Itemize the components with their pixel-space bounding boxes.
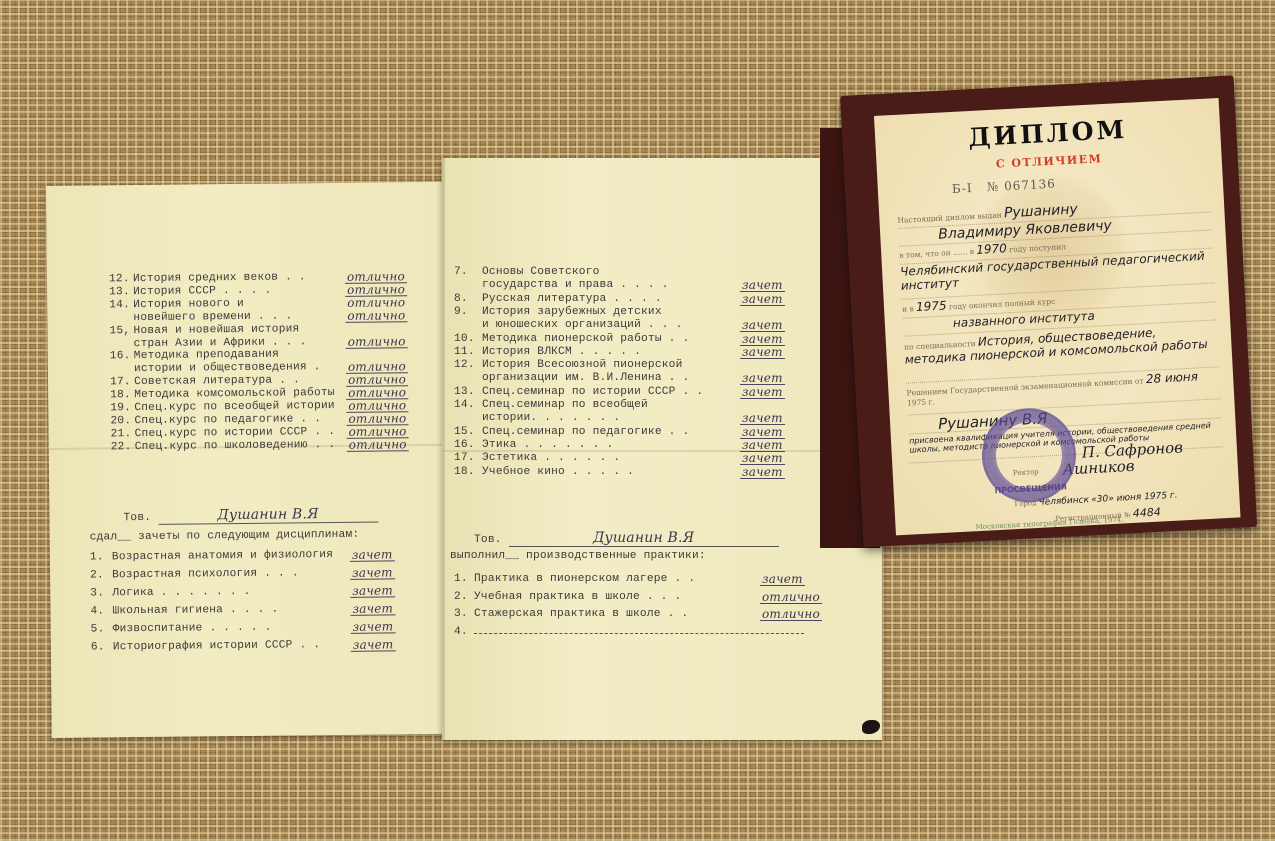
item-text: Методика преподавания [134,349,279,363]
list-item: 16.Этика . . . . . . .зачет [454,439,613,451]
item-text: организации им. В.И.Ленина . . [482,372,689,384]
grade: зачет [740,319,785,332]
item-text: Основы Советского [482,266,600,278]
list-item: 15.Спец.семинар по педагогике . .зачет [454,426,689,438]
list-item: 18.Учебное кино . . . . .зачет [454,466,634,478]
grade: зачет [740,293,785,306]
item-number: 4. [90,605,112,617]
item-number: 2. [90,569,112,581]
list-item: истории. . . . . . .зачет [454,412,620,424]
list-item: 7.Основы Советского [454,266,600,278]
item-number: 15. [454,426,482,438]
entered-year: 1970 [976,241,1007,257]
item-text: истории. . . . . . . [482,412,620,424]
item-text: Новая и новейшая история [133,323,299,337]
list-item: 9.История зарубежных детских [454,306,662,318]
student-line: Тов. Душанин В.Я [474,530,779,547]
item-number: 19. [110,402,134,414]
item-number: 21. [111,428,135,440]
item-number: 20. [110,415,134,427]
right-page: 7.Основы Советскогогосударства и права .… [442,158,882,740]
item-text: Школьная гигиена . . . . [112,604,278,618]
grade: зачет [351,638,396,651]
list-item: стран Азии и Африки . . .отлично [110,336,307,350]
list-item: 15,Новая и новейшая история [109,323,299,337]
list-item: 10.Методика пионерской работы . .зачет [454,333,689,345]
list-item: 8.Русская литература . . . .зачет [454,293,662,305]
item-text: Спец.семинар по истории СССР . . [482,386,703,398]
item-text: Возрастная психология . . . [112,567,299,581]
grade: зачет [740,439,785,452]
grade: зачет [760,573,805,586]
grade: зачет [351,620,396,633]
list-item: 21.Спец.курс по истории СССР . .отлично [111,426,336,440]
list-item: 1.Практика в пионерском лагере . .зачет [454,573,695,585]
list-item: 1.Возрастная анатомия и физиологиязачет [90,549,333,564]
item-number: 7. [454,266,482,278]
item-text: Логика . . . . . . . [112,586,250,599]
registration-number: 4484 [1132,506,1161,520]
item-text: Учебное кино . . . . . [482,466,634,478]
grade: зачет [740,346,785,359]
list-item: 13.История СССР . . . .отлично [109,285,271,299]
item-text: Методика пионерской работы . . [482,333,689,345]
grade: зачет [350,602,395,615]
left-page: 12.История средних веков . .отлично13.Ис… [46,182,452,738]
list-item: истории и обществоведения .отлично [110,361,321,375]
grade: зачет [740,372,785,385]
list-item: 12.История средних веков . .отлично [109,271,306,285]
grade: отлично [760,591,822,604]
list-item: 12.История Всесоюзной пионерской [454,359,683,371]
grade: зачет [740,412,785,425]
item-text: Спец.курс по истории СССР . . [135,426,336,440]
item-number: 14. [109,299,133,311]
list-item: 17.Советская литература . .отлично [110,375,300,389]
item-text: и юношеских организаций . . . [482,319,683,331]
list-item: 17.Эстетика . . . . . .зачет [454,452,620,464]
list-item: 3.Стажерская практика в школе . .отлично [454,608,688,620]
item-number: 3. [90,587,112,599]
item-text: Советская литература . . [134,375,300,389]
grade: отлично [347,438,409,452]
item-number: 2. [454,591,474,603]
item-number: 22. [111,441,135,453]
item-number: 17. [110,376,134,388]
blank-line [474,633,804,634]
item-text: Возрастная анатомия и физиология [112,549,333,563]
item-number: 15, [109,325,133,337]
item-text: Эстетика . . . . . . [482,452,620,464]
surname: Рушанину [1004,201,1079,221]
item-number: 16. [110,350,134,362]
item-text: Спец.семинар по педагогике . . [482,426,689,438]
item-number: 13. [454,386,482,398]
grade: зачет [740,386,785,399]
grade: отлично [345,296,407,309]
exam-list: 12.История средних веков . .отлично13.Ис… [46,182,446,186]
grade: отлично [346,335,408,349]
item-text: Физвоспитание . . . . . [113,622,272,636]
grade: зачет [740,452,785,465]
student-name: Душанин В.Я [509,530,779,547]
item-number: 14. [454,399,482,411]
list-item: 4. [454,626,804,638]
item-text: История ВЛКСМ . . . . . [482,346,641,358]
item-text: Методика комсомольской работы [134,387,335,401]
list-item: 2.Возрастная психология . . .зачет [90,567,299,581]
list-item: 11.История ВЛКСМ . . . . .зачет [454,346,641,358]
item-text: истории и обществоведения . [134,361,321,375]
item-text: История зарубежных детских [482,306,662,318]
list-item: 4.Школьная гигиена . . . .зачет [90,604,278,618]
grade: зачет [350,584,395,597]
item-text: История Всесоюзной пионерской [482,359,683,371]
item-number: 18. [454,466,482,478]
list-item: 16.Методика преподавания [110,349,279,363]
item-number: 8. [454,293,482,305]
grade: зачет [740,426,785,439]
list-item: 13.Спец.семинар по истории СССР . .зачет [454,386,703,398]
grade: зачет [740,279,785,292]
list-item: 3.Логика . . . . . . .зачет [90,586,250,600]
student-name: Душанин В.Я [158,506,378,525]
item-number: 6. [91,641,113,653]
item-number: 5. [91,623,113,635]
grade: зачет [740,333,785,346]
item-number: 11. [454,346,482,358]
item-number: 1. [454,573,474,585]
fold-line [442,158,445,740]
commission-date: 28 июня [1146,369,1199,386]
item-number: 1. [90,551,112,563]
item-number: 3. [454,608,474,620]
item-number: 9. [454,306,482,318]
item-text: Практика в пионерском лагере . . [474,573,695,585]
item-number: 12. [109,273,133,285]
grade: отлично [345,309,407,323]
completed-year: 1975 [916,298,947,314]
item-text: Спец.курс по педагогике . . [134,413,321,427]
item-number: 18. [110,389,134,401]
list-item: 22.Спец.курс по школоведению . .отлично [111,439,336,453]
item-text: Спец.курс по всеобщей истории [134,400,335,414]
list-item: и юношеских организаций . . .зачет [454,319,683,331]
item-text: Русская литература . . . . [482,293,662,305]
issue-date: «30» июня 1975 г. [1091,491,1178,506]
list-item: 20.Спец.курс по педагогике . .отлично [110,413,321,427]
item-number: 17. [454,452,482,464]
item-text: новейшего времени . . . [133,310,292,324]
item-text: Этика . . . . . . . [482,439,613,451]
item-text: Учебная практика в школе . . . [474,591,681,603]
list-item: 19.Спец.курс по всеобщей историиотлично [110,400,335,414]
item-number: 10. [454,333,482,345]
item-number: 13. [109,286,133,298]
item-text: Спец.семинар по всеобщей [482,399,648,411]
item-number: 16. [454,439,482,451]
grade: зачет [740,466,785,479]
list-item: 18.Методика комсомольской работыотлично [110,387,335,401]
grade: отлично [760,608,822,621]
list-item: 2.Учебная практика в школе . . .отлично [454,591,681,603]
credit-list: 1.Возрастная анатомия и физиологиязачет2… [46,182,446,186]
list-item: 5.Физвоспитание . . . . .зачет [91,622,272,636]
list-item: новейшего времени . . .отлично [109,310,292,324]
item-text: Историография истории СССР . . [113,639,321,653]
item-text: Стажерская практика в школе . . [474,608,688,620]
item-number: 4. [454,626,474,638]
practice-heading: выполнил__ производственные практики: [450,550,706,562]
list-item: 14.Спец.семинар по всеобщей [454,399,648,411]
ink-spot [862,720,880,734]
list-item: организации им. В.И.Ленина . .зачет [454,372,689,384]
item-text: Спец.курс по школоведению . . [135,439,336,453]
item-text: История средних веков . . [133,271,306,285]
student-line: Тов. Душанин В.Я [123,506,378,526]
grade: зачет [350,548,395,561]
item-text: История СССР . . . . [133,285,271,298]
item-number: 12. [454,359,482,371]
grade: зачет [350,566,395,579]
list-item: государства и права . . . .зачет [454,279,669,291]
credits-heading: сдал__ зачеты по следующим дисциплинам: [90,529,360,544]
item-text: государства и права . . . . [482,279,669,291]
diploma-page: ДИПЛОМ С ОТЛИЧИЕМ Б-I № 067136 Настоящий… [874,98,1241,535]
item-text: История нового и [133,298,244,311]
list-item: 6.Историография истории СССР . .зачет [91,639,321,653]
item-text: стран Азии и Африки . . . [134,336,307,350]
list-item: 14.История нового иотлично [109,298,244,311]
